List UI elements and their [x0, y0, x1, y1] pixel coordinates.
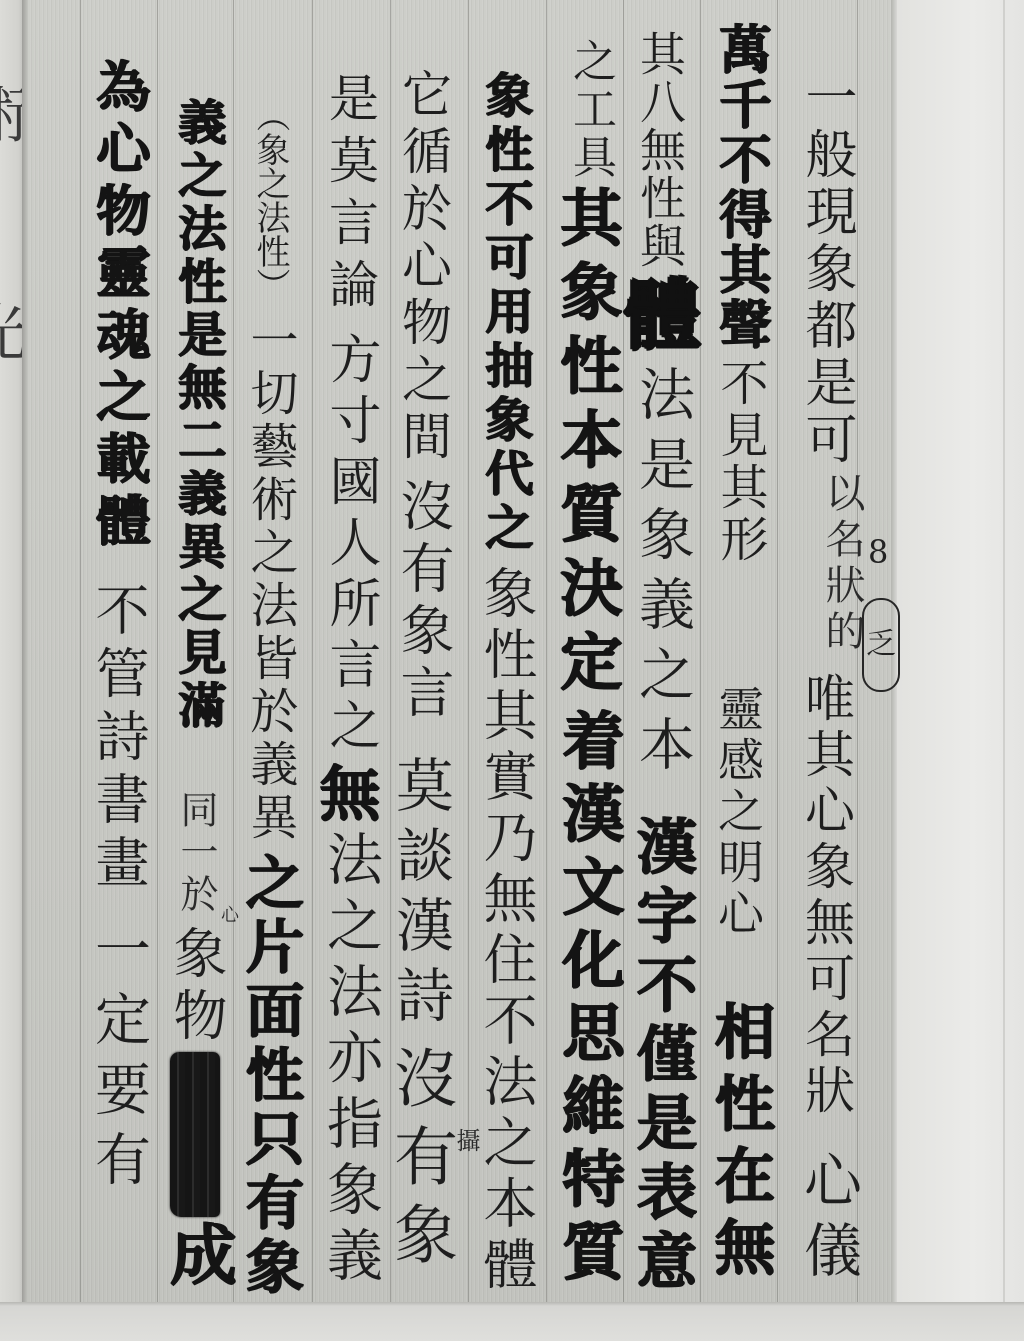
column-7-emphasized-character: 無 [315, 762, 375, 822]
circled-mark: 乏 [862, 598, 900, 692]
ruled-line [312, 0, 313, 1302]
column-3-struck-character: 體 [618, 275, 694, 351]
column-4-text: 着漢文化思維特質 [557, 708, 619, 1292]
column-3-text: 其八無性與 [637, 30, 683, 270]
ruled-line [80, 0, 81, 1302]
column-8-parenthetical: （象之法性） [253, 98, 287, 302]
column-2-text: 靈感之明心 [715, 685, 761, 940]
column-7-text: 是莫言論 [325, 72, 375, 320]
ruled-line [777, 0, 778, 1302]
column-5-margin-note: 攝 [454, 1128, 478, 1152]
column-2-text: 萬千不得其聲 [714, 22, 766, 352]
paper-left-edge [22, 0, 28, 1302]
column-5-text: 象性不可用抽象代之 [481, 70, 529, 556]
fragment-glyph: 光 [0, 300, 22, 362]
ruled-line [546, 0, 547, 1302]
column-6-text: 它循於心物之間 [398, 68, 448, 467]
column-9-text: 象物 [169, 925, 223, 1049]
ruled-line [700, 0, 701, 1302]
ink-blot-crossed-out [170, 1052, 220, 1217]
column-2-text: 不見其形 [716, 358, 764, 566]
column-3-text: 法是象義之本 [634, 365, 690, 785]
column-10-text: 一定要有 [90, 920, 146, 1200]
column-9-text: 成 [165, 1220, 231, 1286]
ruled-line [468, 0, 469, 1302]
column-8-text: 一切藝術之法皆於義異 [246, 315, 294, 845]
column-6-text: 沒有象 [388, 1045, 452, 1279]
display-sleeve-bottom [0, 1302, 1024, 1341]
column-6-text: 沒有象言 [396, 478, 450, 726]
ruled-line [157, 0, 158, 1302]
display-frame-edge [1003, 0, 1005, 1341]
column-1-text: 唯其心象無可名狀 [801, 672, 851, 1120]
ruled-line [233, 0, 234, 1302]
column-5-text: 象性其實乃無住不法之本體 [479, 565, 533, 1297]
circled-mark-glyph: 乏 [866, 630, 896, 660]
column-9-text: 義之法性是無二義異之見滿 [174, 97, 222, 733]
column-1-text: 心儀 [799, 1150, 857, 1290]
column-4-text: 之工具 [568, 38, 612, 182]
column-1-text: 一般現象都是可 [800, 70, 852, 469]
column-7-text: 法之法亦指象義 [322, 830, 378, 1292]
manuscript-photo: 術 光 8 乏 一般現象都是可 以名狀的 唯其心象無可名狀 心儀 萬千不得其聲 … [0, 0, 1024, 1341]
column-6-text: 莫談漢詩 [391, 755, 449, 1035]
column-4-text: 其象性本質決定 [555, 185, 617, 703]
column-10-text: 為心物靈魂之載體 [93, 58, 147, 554]
page-number-mark: 8 [868, 536, 888, 568]
column-3-text: 漢字不僅是表意 [632, 815, 692, 1298]
column-2-text: 相性在無 [710, 1000, 770, 1288]
column-7-text: 方寸國人所言之 [324, 332, 376, 759]
column-8-text: 之片面性只有象 [241, 852, 299, 1300]
column-9-text: 同一於 [177, 790, 215, 916]
column-10-text: 不管詩書畫 [91, 582, 145, 897]
column-9-inserted-character: 心 [219, 905, 237, 923]
column-1-small-text: 以名狀的 [822, 472, 862, 656]
